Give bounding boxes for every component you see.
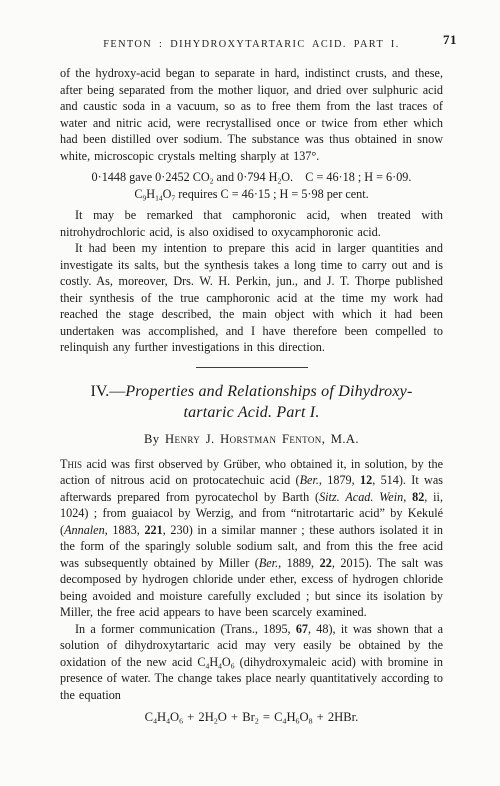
running-header: FENTON : DIHYDROXYTARTARIC ACID. PART I.…: [60, 34, 443, 50]
section-divider: [196, 367, 308, 368]
paragraph-continuation: of the hydroxy-acid began to separate in…: [60, 65, 443, 164]
analysis-line-2: C9H14O7 requires C = 46·15 ; H = 5·98 pe…: [60, 186, 443, 203]
article-title-line-1: IV.—Properties and Relationships of Dihy…: [60, 381, 443, 402]
article-title: IV.—Properties and Relationships of Dihy…: [60, 381, 443, 423]
article-title-text-2: tartaric Acid. Part I.: [183, 404, 319, 421]
byline: By Henry J. Horstman Fenton, M.A.: [60, 432, 443, 447]
analysis-line-1: 0·1448 gave 0·2452 CO2 and 0·794 H2O. C …: [60, 169, 443, 186]
paragraph-history: This acid was first observed by Grüber, …: [60, 456, 443, 621]
journal-page: FENTON : DIHYDROXYTARTARIC ACID. PART I.…: [0, 0, 500, 786]
analysis-block: 0·1448 gave 0·2452 CO2 and 0·794 H2O. C …: [60, 169, 443, 203]
page-number: 71: [443, 32, 457, 48]
article-title-text-1: Properties and Relationships of Dihydrox…: [125, 383, 412, 400]
chemical-equation: C4H4O6 + 2H2O + Br2 = C4H6O8 + 2HBr.: [60, 710, 443, 725]
article-title-line-2: tartaric Acid. Part I.: [60, 402, 443, 423]
paragraph-intention: It had been my intention to prepare this…: [60, 240, 443, 356]
paragraph-camphoronic: It may be remarked that camphoronic acid…: [60, 207, 443, 240]
paragraph-former-communication: In a former communication (Trans., 1895,…: [60, 621, 443, 704]
running-title: FENTON : DIHYDROXYTARTARIC ACID. PART I.: [103, 39, 399, 50]
article-number: IV.—: [90, 383, 125, 400]
